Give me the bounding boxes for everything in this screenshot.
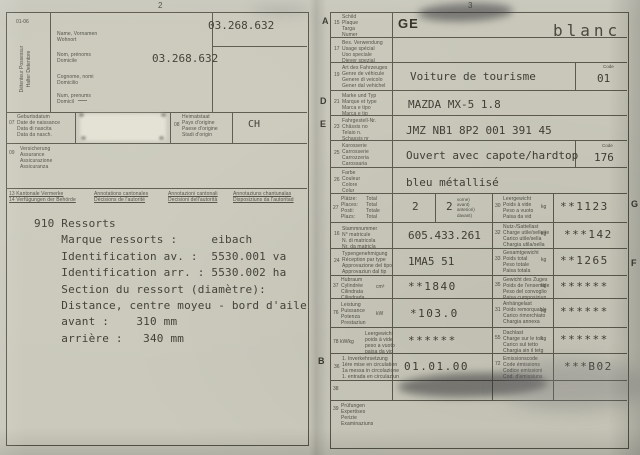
label-power: Leistung Puissance Potenza Prestaziun (341, 302, 366, 326)
total-weight-value: **1265 (560, 255, 609, 267)
label-special-use: Bes. Verwendung Usage spécial Uso specia… (342, 40, 383, 64)
unit-kw: kW (376, 311, 383, 317)
unit-kg: kg (541, 231, 546, 237)
unit-kg: kg (541, 308, 546, 314)
unit-kg: kg (541, 336, 546, 342)
unit-kg: kg (541, 204, 546, 210)
field-23-number: 23 (334, 124, 340, 130)
label-nom-domicile: Nom, prénoms Domicile (57, 52, 91, 64)
cantonal-annotation-text: 910 Ressorts Marque ressorts : eibach Id… (34, 216, 307, 347)
origin-country-value: CH (248, 119, 260, 131)
field-15-number: 15 (334, 20, 340, 26)
redacted-birthdate (80, 114, 166, 141)
label-total-weight: Gesamtgewicht Poids total Peso totale Pa… (503, 250, 539, 274)
field-39-number: 39 (333, 406, 339, 412)
field-26-number: 26 (334, 177, 340, 183)
train-weight-value: ****** (560, 281, 609, 293)
field-72-number: 72 (495, 361, 501, 367)
annotations-header-fr: Annotations cantonales Décisions de l'au… (94, 191, 148, 203)
field-08-number: 08 (174, 122, 180, 128)
label-cognome-domicilio: Cognome, nomi Domicilio (57, 74, 94, 86)
registry-number-value: 605.433.261 (408, 230, 481, 242)
field-78-number: 78 kW/kg (333, 339, 363, 345)
divider (6, 188, 307, 189)
label-displacement: Hubraum Cylindrée Cilindrata Cilindrada (341, 277, 365, 301)
label-name-wohnort: Name, Vornamen Wohnort (57, 31, 97, 43)
divider (6, 112, 307, 113)
left-page-number: 2 (158, 1, 162, 10)
label-registry-number: Stammnummer N° matricule N. di matricola… (342, 226, 377, 250)
field-35-number: 35 (495, 282, 501, 288)
label-train-weight: Gewicht des Zuges Poids de l'ensemble Pe… (503, 277, 550, 301)
annotations-header-de: 13 Kantonale Vermerke 14 Verfügungen der… (9, 191, 76, 203)
field-31-number: 31 (495, 307, 501, 313)
field-19-number: 19 (334, 72, 340, 78)
color-value: bleu métallisé (406, 177, 499, 189)
field-17-number: 17 (334, 46, 340, 52)
scan-shadow-bottom-right (500, 360, 640, 410)
label-type-approval: Typengenehmigung Réception par type Appr… (342, 251, 392, 275)
label-birthdate: Geburtsdatum Date de naissance Data di n… (17, 114, 60, 138)
seats-total-value: 2 (412, 201, 420, 213)
document-number-top: 03.268.632 (208, 20, 274, 32)
annotations-header-rm: Annotaziuns chantunalas Disposiziuns da … (233, 191, 294, 203)
scan-shadow-top (250, 5, 310, 15)
power-to-weight-value: ****** (408, 335, 457, 347)
trailer-load-value: ****** (560, 306, 609, 318)
displacement-value: **1840 (408, 281, 457, 293)
margin-letter-f: F (631, 258, 637, 268)
divider (170, 112, 171, 143)
field-32-number: 32 (495, 230, 501, 236)
plate-canton-value: GE (398, 16, 419, 31)
label-power-to-weight: Leergewicht poids à vide peso a vuoto pa… (365, 331, 395, 355)
code-label: Code (602, 143, 613, 148)
roof-load-value: ****** (560, 334, 609, 346)
unit-cm3: cm³ (376, 284, 384, 290)
field-36-number: 36 (334, 364, 340, 370)
label-make-type: Marke und Typ Marque et type Marca e tip… (342, 93, 377, 117)
seats-front-value: 2 (446, 201, 454, 213)
label-seats: Plätze: Places: Posti: Plazs: (341, 196, 358, 220)
code-label: Code (603, 64, 614, 69)
label-seats-total: Total Total Totale Total (366, 196, 380, 220)
divider (75, 112, 76, 143)
label-vehicle-type: Art des Fahrzeuges Genre de véhicule Gen… (342, 65, 387, 89)
label-plate: Schild Plaque Targa Numer (342, 14, 358, 38)
label-color: Farbe Couleur Colore Colur (342, 170, 360, 194)
unit-kg: kg (541, 257, 546, 263)
field-21-number: 21 (334, 99, 340, 105)
first-registration-value: 01.01.00 (404, 361, 469, 373)
power-value: *103.0 (410, 308, 459, 320)
page-fold-shadow (309, 0, 327, 455)
label-insurance: Versicherung Assurance Assicurazione Ass… (20, 146, 52, 170)
stray-mark (78, 100, 87, 101)
label-inspections: Prüfungen Expertises Perizie Examinaziun… (341, 403, 373, 427)
field-30-number: 30 (495, 203, 501, 209)
divider (6, 143, 307, 144)
field-07-number: 07 (9, 120, 15, 126)
label-empty-weight: Leergewicht Poids à vide Peso a vuoto Pa… (503, 196, 533, 220)
field-76-number: 76 (333, 310, 339, 316)
label-origin-country: Heimatstaat Pays d'origine Paese d'origi… (182, 114, 218, 138)
body-style-value: Ouvert avec capote/hardtop (406, 150, 578, 162)
label-roof-load: Dachlast Charge sur le toit Carico sul t… (503, 330, 544, 354)
vehicle-type-value: Voiture de tourisme (410, 71, 536, 83)
seats-front-note: vorne) avant) anteriori) davant) (457, 197, 475, 218)
field-55-number: 55 (495, 335, 501, 341)
vehicle-type-code: 01 (597, 73, 610, 85)
divider (212, 46, 307, 47)
vehicle-registration-scan: 2 3 01-06 Détenteur Possessur Halter Det… (0, 0, 640, 455)
field-33-number: 33 (495, 256, 501, 262)
field-24-number: 24 (334, 258, 340, 264)
plate-note-blanc: blanc (553, 21, 621, 40)
empty-weight-value: **1123 (560, 201, 609, 213)
margin-letter-g: G (631, 199, 638, 209)
field-16-number: 16 (334, 231, 340, 237)
field-38-number: 38 (333, 386, 339, 392)
label-num-domicil: Num, prenums Domicil (57, 93, 91, 105)
chassis-number-value: JMZ NB1 8P2 001 391 45 (406, 125, 552, 137)
unit-kg: kg (541, 283, 546, 289)
body-style-code: 176 (594, 152, 614, 164)
payload-value: ***142 (564, 229, 613, 241)
divider (50, 12, 51, 112)
make-type-value: MAZDA MX-5 1.8 (408, 99, 501, 111)
document-number-mid: 03.268.632 (152, 53, 218, 65)
field-37-number: 37 (333, 283, 339, 289)
holder-sidebar-label: Détenteur Possessur Halter Detentore (19, 33, 33, 105)
field-27-number: 27 (333, 205, 339, 211)
label-chassis-number: Fahrgestell-Nr. Châssis no Telaio n. Sch… (342, 118, 376, 142)
field-range-label: 01-06 (16, 19, 29, 25)
annotations-header-it: Annotazioni cantonali Decisioni dell'aut… (168, 191, 218, 203)
field-25-number: 25 (334, 150, 340, 156)
label-first-registration: 1. Inverkehrsetzung 1ère mise en circula… (342, 356, 399, 380)
label-body-style: Karosserie Carrosserie Carrozzeria Caros… (342, 143, 369, 167)
field-09-number: 09 (9, 150, 15, 156)
type-approval-value: 1MA5 51 (408, 256, 454, 268)
divider (232, 112, 233, 143)
